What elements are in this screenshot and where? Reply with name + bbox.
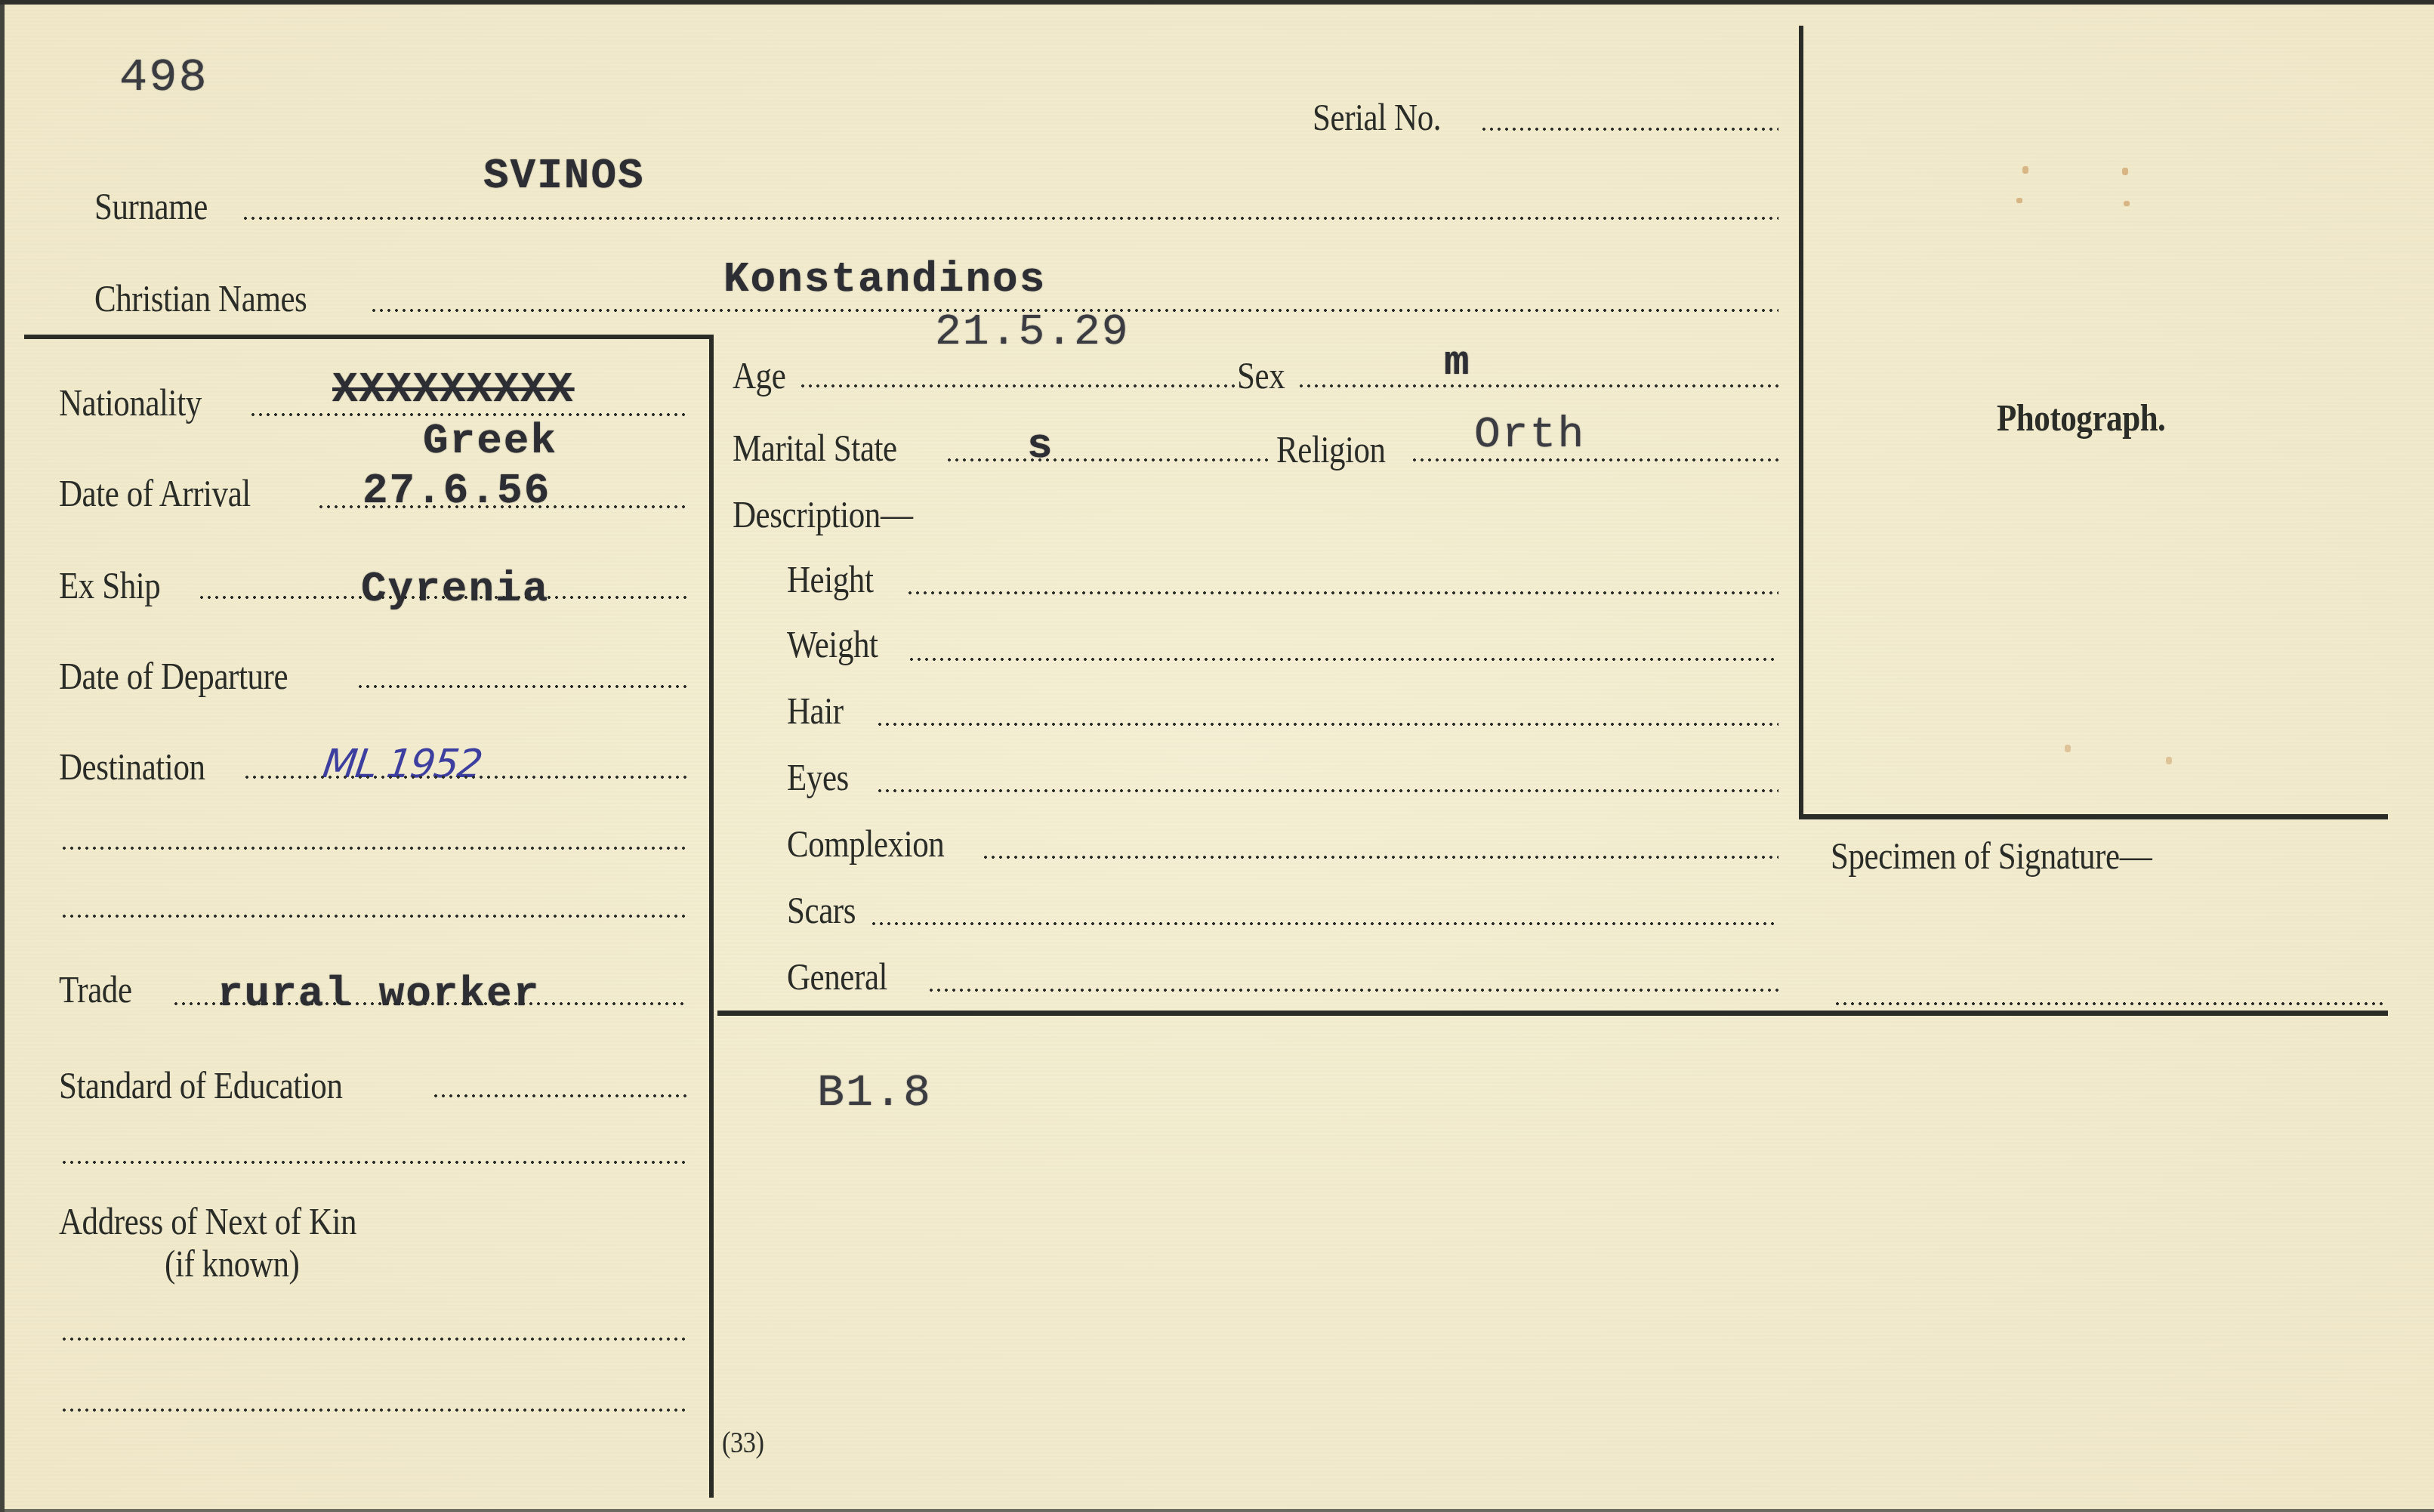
marital-state-label: Marital State xyxy=(733,429,897,467)
stain-mark xyxy=(2016,198,2022,203)
christian-names-value: Konstandinos xyxy=(723,258,1046,301)
nationality-struck-value: XXXXXXXXX xyxy=(332,369,574,411)
age-value: 21.5.29 xyxy=(935,311,1130,355)
surname-label: Surname xyxy=(94,187,208,225)
form-code: (33) xyxy=(722,1427,764,1458)
signature-label: Specimen of Signature— xyxy=(1831,837,2152,875)
next-of-kin-line-1[interactable] xyxy=(60,1337,687,1341)
stain-mark xyxy=(2022,166,2028,174)
notes-value: B1.8 xyxy=(817,1071,932,1116)
weight-label: Weight xyxy=(787,625,878,663)
sex-label: Sex xyxy=(1237,356,1285,394)
education-line-2[interactable] xyxy=(60,1160,687,1165)
photo-box-left-rule xyxy=(1799,26,1803,819)
stain-mark xyxy=(2166,757,2172,764)
eyes-label: Eyes xyxy=(787,758,849,796)
date-of-arrival-label: Date of Arrival xyxy=(59,474,251,512)
general-field[interactable] xyxy=(927,988,1778,992)
destination-value: ML 1952 xyxy=(320,742,484,787)
marital-state-field[interactable] xyxy=(946,458,1272,462)
surname-value: SVINOS xyxy=(483,155,645,197)
next-of-kin-sublabel: (if known) xyxy=(165,1245,299,1282)
complexion-field[interactable] xyxy=(982,855,1778,859)
sex-value: m xyxy=(1444,341,1471,384)
date-of-departure-field[interactable] xyxy=(356,684,687,689)
height-field[interactable] xyxy=(906,591,1778,595)
date-of-departure-label: Date of Departure xyxy=(59,657,288,695)
age-label: Age xyxy=(733,356,785,394)
scars-label: Scars xyxy=(787,891,856,929)
destination-line-3[interactable] xyxy=(60,914,687,918)
age-field[interactable] xyxy=(799,384,1237,388)
trade-label: Trade xyxy=(59,970,132,1008)
standard-of-education-label: Standard of Education xyxy=(59,1066,342,1104)
destination-field[interactable] xyxy=(243,775,687,779)
ex-ship-value: Cyrenia xyxy=(361,568,549,610)
hair-field[interactable] xyxy=(876,722,1778,727)
registration-card: 498 Serial No. Surname SVINOS Christian … xyxy=(0,0,2434,1512)
signature-field[interactable] xyxy=(1834,1001,2385,1006)
stain-mark xyxy=(2124,201,2130,206)
stain-mark xyxy=(2065,745,2071,752)
height-label: Height xyxy=(787,560,873,598)
religion-label: Religion xyxy=(1276,430,1386,468)
next-of-kin-line-2[interactable] xyxy=(60,1408,687,1412)
left-panel-top-rule xyxy=(24,335,713,339)
nationality-value: Greek xyxy=(423,420,557,462)
trade-value: rural worker xyxy=(217,973,540,1015)
description-label: Description— xyxy=(733,495,912,533)
date-of-arrival-field[interactable] xyxy=(317,505,687,509)
religion-field[interactable] xyxy=(1411,458,1778,462)
trade-field[interactable] xyxy=(172,1001,687,1006)
ex-ship-field[interactable] xyxy=(198,595,687,600)
complexion-label: Complexion xyxy=(787,825,944,862)
serial-no-field[interactable] xyxy=(1480,127,1778,131)
destination-line-2[interactable] xyxy=(60,846,687,850)
left-panel-divider xyxy=(709,335,714,1498)
ex-ship-label: Ex Ship xyxy=(59,566,160,604)
general-label: General xyxy=(787,958,887,995)
surname-field[interactable] xyxy=(242,216,1778,221)
card-number: 498 xyxy=(119,54,208,101)
description-bottom-rule xyxy=(717,1011,2388,1016)
religion-value: Orth xyxy=(1474,414,1585,458)
christian-names-label: Christian Names xyxy=(94,279,307,317)
photo-box-bottom-rule xyxy=(1799,814,2388,819)
scars-field[interactable] xyxy=(870,921,1778,926)
stain-mark xyxy=(2122,168,2128,175)
photograph-area xyxy=(1805,30,2386,813)
nationality-label: Nationality xyxy=(59,384,202,421)
hair-label: Hair xyxy=(787,692,844,730)
sex-field[interactable] xyxy=(1297,384,1778,388)
next-of-kin-label: Address of Next of Kin xyxy=(59,1202,356,1240)
standard-of-education-field[interactable] xyxy=(432,1094,687,1098)
weight-field[interactable] xyxy=(908,657,1778,662)
destination-label: Destination xyxy=(59,748,205,785)
eyes-field[interactable] xyxy=(876,788,1778,793)
serial-no-label: Serial No. xyxy=(1313,98,1441,136)
